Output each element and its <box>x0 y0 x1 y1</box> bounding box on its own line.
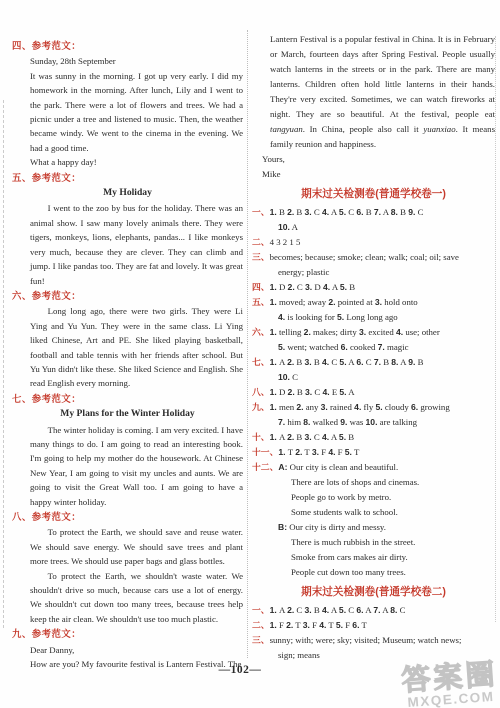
answer-line: 一、1. B 2. B 3. C 4. A 5. C 6. B 7. A 8. … <box>252 205 495 220</box>
text-line: What a happy day! <box>30 155 243 169</box>
right-column: Lantern Festival is a popular festival i… <box>252 32 495 663</box>
answer-sub-line: There is much rubbish in the street. <box>252 535 495 550</box>
page-number: —102— <box>190 663 290 677</box>
essay-paragraph: I went to the zoo by bus for the holiday… <box>30 201 243 287</box>
answer-marker: 五、 <box>252 297 270 307</box>
answer-marker: 六、 <box>252 327 270 337</box>
answer-marker: 四、 <box>252 282 270 292</box>
watermark: 答案圈 MXQE.COM <box>401 660 500 708</box>
section-header: 六、参考范文： <box>12 289 243 303</box>
answer-marker: 二、 <box>252 237 270 247</box>
answer-text: 1. T 2. T 3. F 4. F 5. T <box>278 447 359 457</box>
answer-line: 五、1. moved; away 2. pointed at 3. hold o… <box>252 295 495 310</box>
answer-sub-line: People go to work by metro. <box>252 490 495 505</box>
answer-line: 三、sunny; with; were; sky; visited; Museu… <box>252 633 495 648</box>
column-divider-line <box>247 30 248 658</box>
answer-line: 二、4 3 2 1 5 <box>252 235 495 250</box>
answer-marker: 九、 <box>252 402 270 412</box>
answer-sub-line: Some students walk to school. <box>252 505 495 520</box>
answer-marker: 一、 <box>252 207 270 217</box>
answer-marker: 八、 <box>252 387 270 397</box>
section-marker: 四、 <box>12 40 32 51</box>
left-column: 四、参考范文：Sunday, 28th SeptemberIt was sunn… <box>12 38 243 671</box>
answer-line: 八、1. D 2. B 3. C 4. E 5. A <box>252 385 495 400</box>
exam-section-title: 期末过关检测卷(普通学校卷一) <box>252 187 495 202</box>
answer-line: 九、1. men 2. any 3. rained 4. fly 5. clou… <box>252 400 495 415</box>
section-label: 参考范文： <box>32 511 81 522</box>
answer-line: 四、1. D 2. C 3. D 4. A 5. B <box>252 280 495 295</box>
answer-marker: 七、 <box>252 357 270 367</box>
answer-marker: 二、 <box>252 620 270 630</box>
section-marker: 九、 <box>12 628 32 639</box>
letter-signature-line: Yours, <box>262 152 495 167</box>
answer-sub-heading: B: Our city is dirty and messy. <box>252 520 495 535</box>
answer-continuation: energy; plastic <box>252 265 495 280</box>
answer-line: 十一、1. T 2. T 3. F 4. F 5. T <box>252 445 495 460</box>
section-header: 五、参考范文： <box>12 171 243 185</box>
text-line: Sunday, 28th September <box>30 54 243 68</box>
answer-text: 1. D 2. B 3. C 4. E 5. A <box>270 387 355 397</box>
essay-title: My Holiday <box>12 186 243 200</box>
answer-continuation: 4. is looking for 5. Long long ago <box>252 310 495 325</box>
answer-line: 二、1. F 2. T 3. F 4. T 5. F 6. T <box>252 618 495 633</box>
text-line: Dear Danny, <box>30 643 243 657</box>
section-header: 八、参考范文： <box>12 510 243 524</box>
answer-marker: 十一、 <box>252 447 278 457</box>
answer-text: 1. A 2. B 3. C 4. A 5. B <box>270 432 355 442</box>
section-marker: 七、 <box>12 393 32 404</box>
answer-text: 1. moved; away 2. pointed at 3. hold ont… <box>270 297 418 307</box>
section-header: 四、参考范文： <box>12 39 243 53</box>
section-header: 七、参考范文： <box>12 392 243 406</box>
answer-line: 三、becomes; because; smoke; clean; walk; … <box>252 250 495 265</box>
letter-signature-line: Mike <box>262 167 495 182</box>
answer-marker: 三、 <box>252 252 270 262</box>
answer-line: 十二、A: Our city is clean and beautiful. <box>252 460 495 475</box>
essay-paragraph: To protect the Earth, we shouldn't waste… <box>30 569 243 627</box>
essay-paragraph: The winter holiday is coming. I am very … <box>30 423 243 509</box>
answer-sub-line: Smoke from cars makes air dirty. <box>252 550 495 565</box>
right-fold-line <box>495 36 496 622</box>
answer-text: 1. B 2. B 3. C 4. A 5. C 6. B 7. A 8. B … <box>270 207 424 217</box>
section-marker: 五、 <box>12 172 32 183</box>
answer-text: A: Our city is clean and beautiful. <box>278 462 398 472</box>
answer-text: becomes; because; smoke; clean; walk; co… <box>270 252 459 262</box>
answer-continuation: 10. C <box>252 370 495 385</box>
answer-marker: 十二、 <box>252 462 278 472</box>
essay-title: My Plans for the Winter Holiday <box>12 407 243 421</box>
section-marker: 六、 <box>12 290 32 301</box>
answer-line: 七、1. A 2. B 3. B 4. C 5. A 6. C 7. B 8. … <box>252 355 495 370</box>
answer-text: sunny; with; were; sky; visited; Museum;… <box>270 635 462 645</box>
answer-sub-line: People cut down too many trees. <box>252 565 495 580</box>
answer-text: 1. A 2. C 3. B 4. A 5. C 6. A 7. A 8. C <box>270 605 406 615</box>
section-label: 参考范文： <box>32 172 81 183</box>
section-label: 参考范文： <box>32 40 81 51</box>
answer-text: 1. men 2. any 3. rained 4. fly 5. cloudy… <box>270 402 450 412</box>
answer-continuation: 7. him 8. walked 9. was 10. are talking <box>252 415 495 430</box>
section-label: 参考范文： <box>32 393 81 404</box>
answer-continuation: 10. A <box>252 220 495 235</box>
answer-text: 1. D 2. C 3. D 4. A 5. B <box>270 282 356 292</box>
essay-paragraph: It was sunny in the morning. I got up ve… <box>30 69 243 155</box>
answer-text: 1. F 2. T 3. F 4. T 5. F 6. T <box>270 620 367 630</box>
answer-text: 1. telling 2. makes; dirty 3. excited 4.… <box>270 327 440 337</box>
answer-marker: 十、 <box>252 432 270 442</box>
answer-sub-line: There are lots of shops and cinemas. <box>252 475 495 490</box>
answer-text: 4 3 2 1 5 <box>270 237 301 247</box>
section-label: 参考范文： <box>32 290 81 301</box>
left-fold-line <box>3 100 4 628</box>
section-label: 参考范文： <box>32 628 81 639</box>
answer-marker: 一、 <box>252 605 270 615</box>
answer-key-page: 四、参考范文：Sunday, 28th SeptemberIt was sunn… <box>0 0 500 708</box>
section-marker: 八、 <box>12 511 32 522</box>
answer-line: 六、1. telling 2. makes; dirty 3. excited … <box>252 325 495 340</box>
section-header: 九、参考范文： <box>12 627 243 641</box>
essay-paragraph: To protect the Earth, we should save and… <box>30 525 243 568</box>
answer-continuation: 5. went; watched 6. cooked 7. magic <box>252 340 495 355</box>
essay-paragraph: Long long ago, there were two girls. The… <box>30 304 243 390</box>
answer-line: 一、1. A 2. C 3. B 4. A 5. C 6. A 7. A 8. … <box>252 603 495 618</box>
answer-text: 1. A 2. B 3. B 4. C 5. A 6. C 7. B 8. A … <box>270 357 424 367</box>
exam-section-title: 期末过关检测卷(普通学校卷二) <box>252 585 495 600</box>
answer-line: 十、1. A 2. B 3. C 4. A 5. B <box>252 430 495 445</box>
answer-marker: 三、 <box>252 635 270 645</box>
essay-paragraph-continued: Lantern Festival is a popular festival i… <box>270 32 495 152</box>
